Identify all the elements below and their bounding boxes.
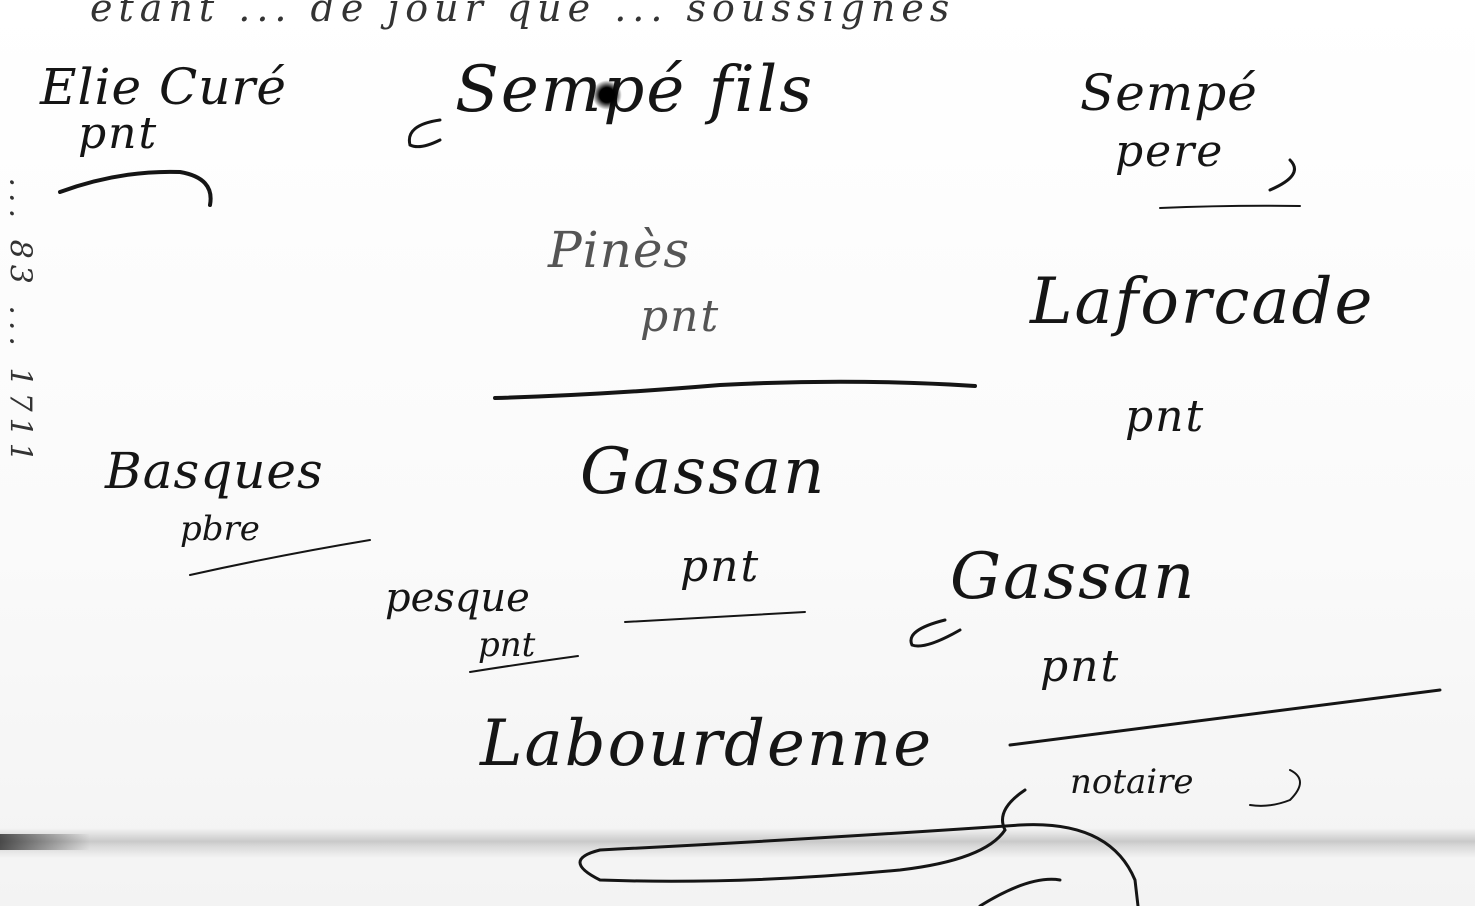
margin-annotation: ... 83 ... 1711 — [3, 178, 38, 698]
signature-name-labourdenne: Labourdenne — [480, 712, 933, 776]
signature-name-pesque: pesque — [385, 578, 530, 618]
signature-qualifier-elie-cure: pnt — [78, 112, 158, 156]
signature-name-sempe-pere: Sempé — [1080, 68, 1258, 118]
signature-name-gassan-1: Gassan — [580, 440, 826, 504]
signature-qualifier-sempe-pere: pere — [1115, 130, 1224, 174]
signature-qualifier-gassan-2: pnt — [1040, 645, 1120, 689]
top-text-line: étant ... de jour que ... soussignés — [90, 0, 955, 30]
signature-name-elie-cure: Elie Curé — [40, 62, 287, 112]
signature-qualifier-laforcade: pnt — [1125, 395, 1205, 439]
signature-name-laforcade: Laforcade — [1030, 270, 1374, 334]
paper-fold-edge — [0, 834, 90, 850]
signature-name-gassan-2: Gassan — [950, 545, 1196, 609]
paper-fold-shadow — [0, 828, 1475, 858]
signature-qualifier-pesque: pnt — [478, 628, 535, 662]
signature-name-pines: Pinès — [548, 225, 690, 275]
signature-qualifier-gassan-1: pnt — [680, 545, 760, 589]
signature-qualifier-basques: pbre — [180, 512, 260, 546]
signature-qualifier-pines: pnt — [640, 295, 720, 339]
signature-name-sempe-fils: Sempé fils — [455, 58, 814, 122]
document-page: étant ... de jour que ... soussignés ...… — [0, 0, 1475, 906]
signature-qualifier-labourdenne: notaire — [1070, 765, 1194, 799]
ink-blot — [592, 80, 622, 110]
signature-name-basques: Basques — [105, 446, 324, 496]
